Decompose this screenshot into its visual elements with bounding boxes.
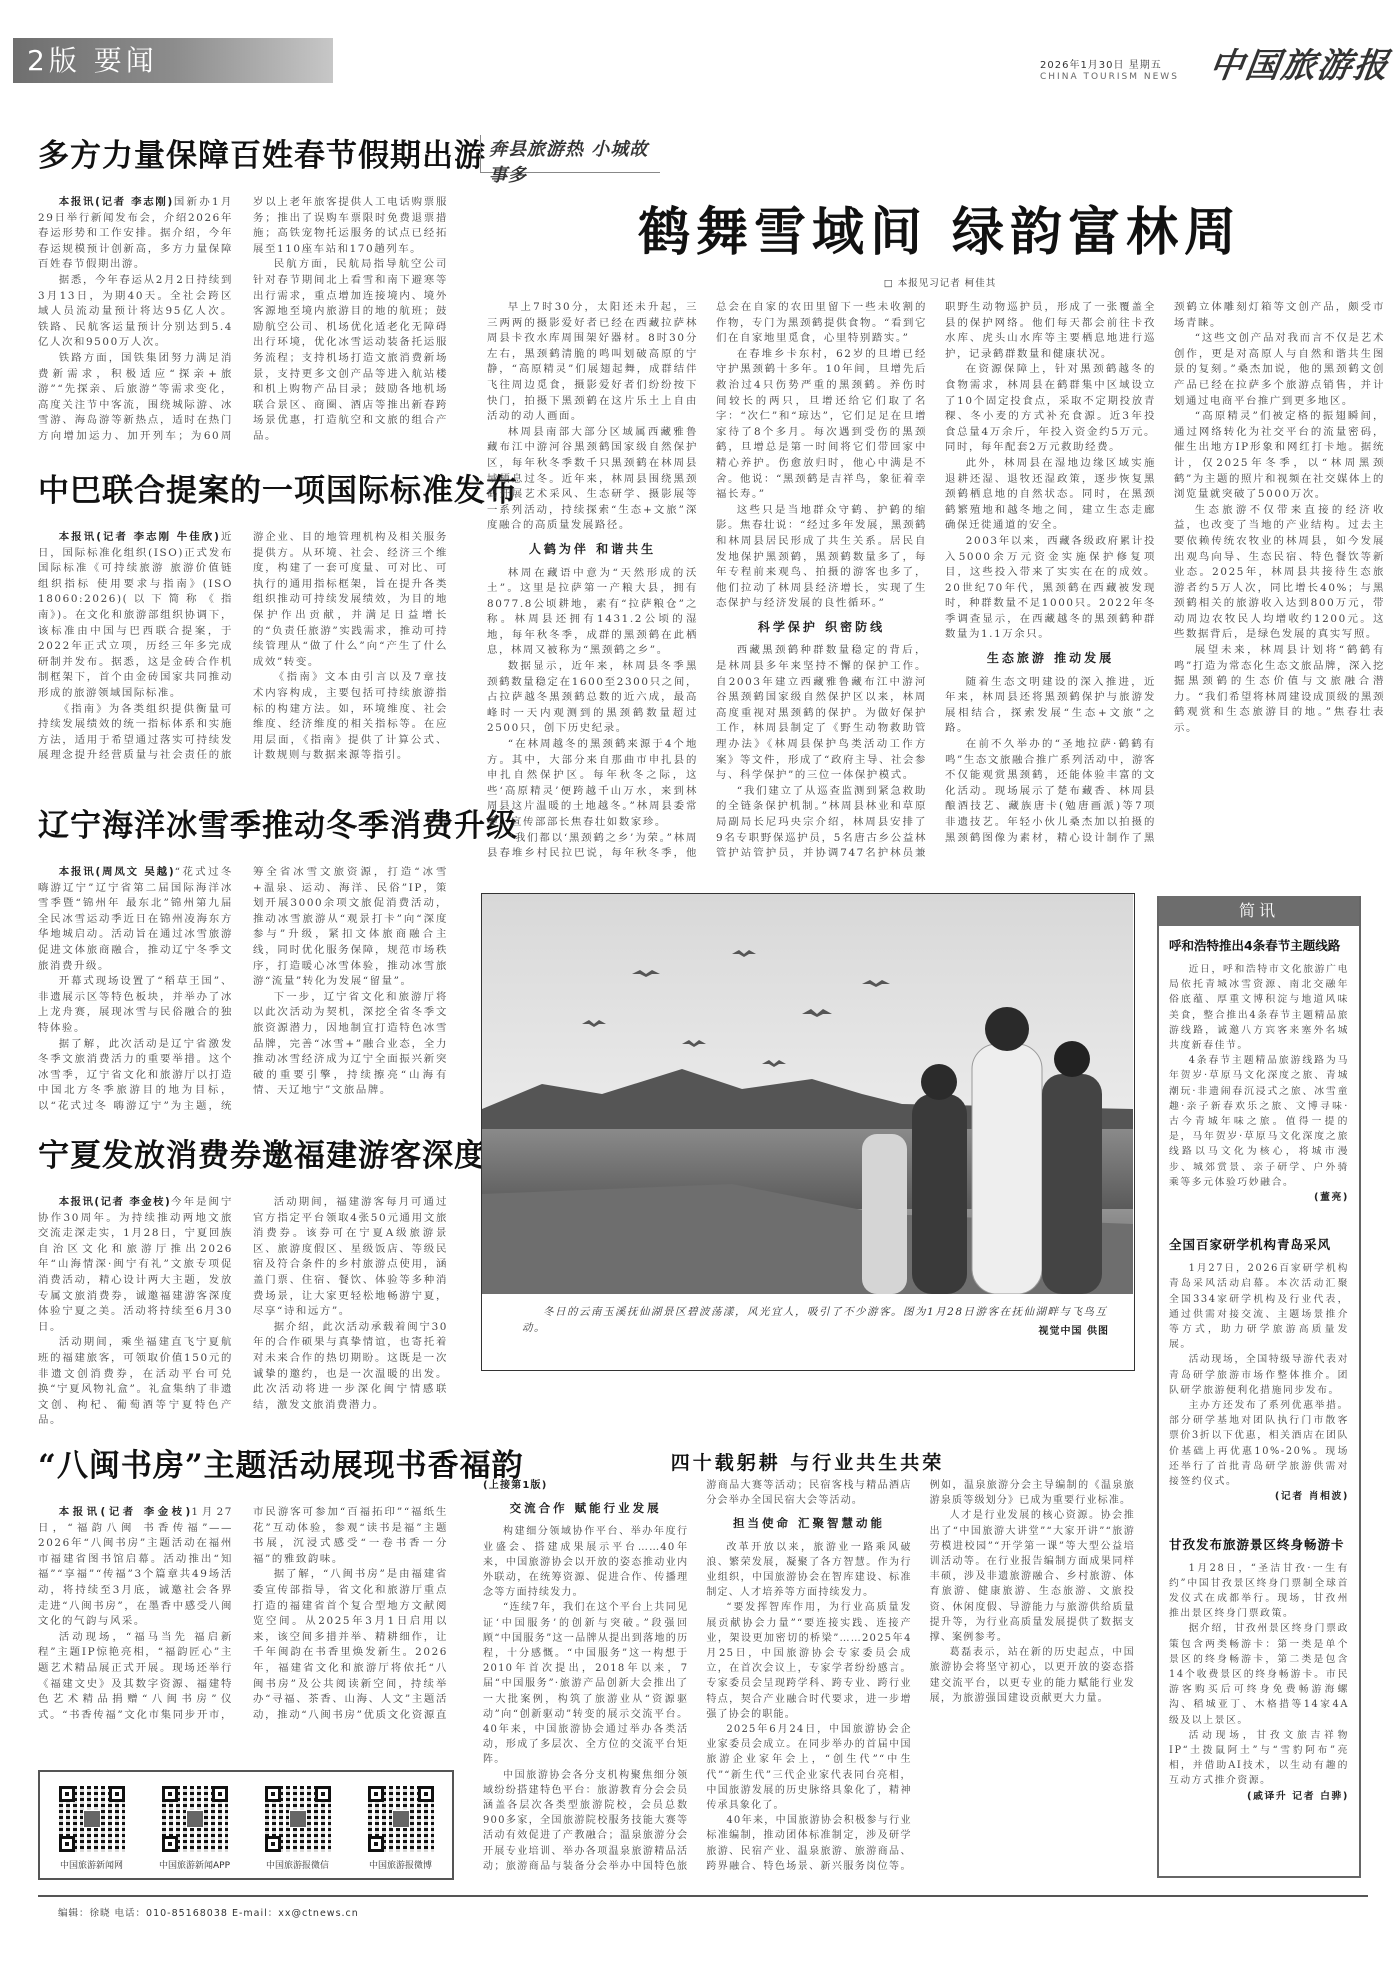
qr-code-icon: [162, 1786, 228, 1852]
newspaper-logo: 中国旅游报: [1207, 38, 1394, 87]
qr-label: 中国旅游新闻APP: [145, 1858, 245, 1871]
article-tourism-association: (上接第1版) 交流合作 赋能行业发展 构建细分领域协作平台、举办年度行业盛会、…: [483, 1478, 1135, 1883]
brief-item: 全国百家研学机构青岛采风 1月27日，2026百家研学机构青岛采风活动启幕。本次…: [1169, 1235, 1349, 1504]
brief-author: (董亮): [1169, 1190, 1349, 1205]
headline: “八闽书房”主题活动展现书香福韵: [38, 1440, 448, 1485]
column-kicker: 奔县旅游热 小城故事多: [489, 139, 648, 186]
byline: 本报讯(周凤文 吴越): [59, 866, 175, 878]
section-subhead: 科学保护 织密防线: [716, 620, 927, 636]
byline: 本报讯(记者 李金枝): [59, 1196, 171, 1208]
headline: 多方力量保障百姓春节假期出游: [38, 130, 448, 175]
feature-byline: □ 本报见习记者 柯佳其: [480, 275, 1397, 289]
qr-code-item[interactable]: 中国旅游报微信: [248, 1786, 348, 1871]
news-briefs-sidebar: 简讯 呼和浩特推出4条春节主题线路 近日，呼和浩特市文化旅游广电局依托青城冰雪资…: [1157, 896, 1361, 1878]
article-spring-travel: 多方力量保障百姓春节假期出游 本报讯(记者 李志刚)国新办1月29日举行新闻发布…: [38, 130, 448, 445]
qr-code-icon: [368, 1786, 434, 1852]
brief-title: 呼和浩特推出4条春节主题线路: [1169, 936, 1349, 954]
qr-code-panel: 中国旅游新闻网 中国旅游新闻APP 中国旅游报微信 中国旅游报微博: [38, 1770, 454, 1880]
footer-contact: 编辑：徐晓 电话：010-85168038 E-mail：xx@ctnews.c…: [58, 1905, 359, 1919]
article-liaoning-ice-snow: 辽宁海洋冰雪季推动冬季消费升级 本报讯(周凤文 吴越)“花式过冬 嗨游辽宁”辽宁…: [38, 800, 448, 1115]
article-body: 本报讯(周凤文 吴越)“花式过冬 嗨游辽宁”辽宁省第二届国际海洋冰雪季暨“锦州年…: [38, 865, 448, 1115]
headline: 中巴联合提案的一项国际标准发布: [38, 465, 448, 510]
article-iso-standard: 中巴联合提案的一项国际标准发布 本报讯(记者 李志刚 牛佳欣)近日，国际标准化组…: [38, 465, 448, 764]
brief-item: 甘孜发布旅游景区终身畅游卡 1月28日，“圣洁甘孜·一生有约”中国甘孜景区终身门…: [1169, 1535, 1349, 1804]
qr-code-item[interactable]: 中国旅游新闻APP: [145, 1786, 245, 1871]
brief-item: 呼和浩特推出4条春节主题线路 近日，呼和浩特市文化旅游广电局依托青城冰雪资源、南…: [1169, 936, 1349, 1205]
photo-caption: 冬日的云南玉溪抚仙湖景区碧波荡漾，风光宜人，吸引了不少游客。图为1月28日游客在…: [522, 1304, 1112, 1336]
qr-label: 中国旅游报微信: [248, 1858, 348, 1871]
byline: 本报讯(记者 李金枝): [59, 1506, 192, 1518]
byline: 本报讯(记者 李志刚): [59, 196, 173, 208]
feature-body: 早上7时30分，太阳还未升起，三三两两的摄影爱好者已经在西藏拉萨林周县卡孜水库周…: [487, 300, 1385, 870]
article-ningxia-vouchers: 宁夏发放消费券邀福建游客深度游 本报讯(记者 李金枝)今年是闽宁协作30周年。为…: [38, 1130, 448, 1429]
headline: 宁夏发放消费券邀福建游客深度游: [38, 1130, 448, 1175]
headline: 辽宁海洋冰雪季推动冬季消费升级: [38, 800, 448, 845]
section-subhead: 生态旅游 推动发展: [945, 651, 1156, 667]
brief-title: 全国百家研学机构青岛采风: [1169, 1235, 1349, 1253]
qr-label: 中国旅游报微博: [351, 1858, 451, 1871]
section-subhead: 担当使命 汇聚智慧动能: [706, 1516, 911, 1531]
qr-code-item[interactable]: 中国旅游新闻网: [42, 1786, 142, 1871]
article-body: 本报讯(记者 李志刚 牛佳欣)近日，国际标准化组织(ISO)正式发布国际标准《可…: [38, 530, 448, 764]
qr-label: 中国旅游新闻网: [42, 1858, 142, 1871]
qr-code-icon: [59, 1786, 125, 1852]
photo-frame: 冬日的云南玉溪抚仙湖景区碧波荡漾，风光宜人，吸引了不少游客。图为1月28日游客在…: [481, 893, 1135, 1371]
article-bamin-bookhouse: “八闽书房”主题活动展现书香福韵 本报讯(记者 李金枝)1月27日，“福韵八闽 …: [38, 1440, 448, 1735]
brief-author: (戚译升 记者 白骅): [1169, 1789, 1349, 1804]
qr-code-icon: [265, 1786, 331, 1852]
sidebar-header: 简讯: [1159, 896, 1359, 926]
section-tag: 2版 要闻: [13, 38, 333, 83]
qr-code-item[interactable]: 中国旅游报微博: [351, 1786, 451, 1871]
byline: 本报讯(记者 李志刚 牛佳欣): [59, 531, 220, 543]
section-subhead: 交流合作 赋能行业发展: [483, 1501, 688, 1516]
footer-rule: [38, 1895, 1368, 1897]
headline: 四十载躬耕 与行业共生共荣: [480, 1448, 1135, 1475]
photo-tourists-feeding-gulls[interactable]: [482, 894, 1133, 1294]
brief-title: 甘孜发布旅游景区终身畅游卡: [1169, 1535, 1349, 1553]
photo-credit: 视觉中国 供图: [1039, 1322, 1109, 1337]
brief-author: (记者 肖相波): [1169, 1489, 1349, 1504]
photo-scene-icon: [482, 894, 1133, 1294]
article-body: 本报讯(记者 李志刚)国新办1月29日举行新闻发布会，介绍2026年春运形势和工…: [38, 195, 448, 445]
issue-date: 2026年1月30日 星期五: [1040, 56, 1162, 71]
masthead-english: CHINA TOURISM NEWS: [1040, 72, 1179, 82]
article-body: 本报讯(记者 李金枝)今年是闽宁协作30周年。为持续推动两地文旅交流走深走实，1…: [38, 1195, 448, 1429]
continued-from: (上接第1版): [483, 1478, 688, 1493]
column-kicker-box: 奔县旅游热 小城故事多: [480, 135, 660, 173]
feature-headline: 鹤舞雪域间 绿韵富林周: [480, 190, 1397, 265]
article-body: 本报讯(记者 李金枝)1月27日，“福韵八闽 书香传福”——2026年“八闽书房…: [38, 1505, 448, 1735]
section-subhead: 人鹤为伴 和谐共生: [487, 542, 698, 558]
